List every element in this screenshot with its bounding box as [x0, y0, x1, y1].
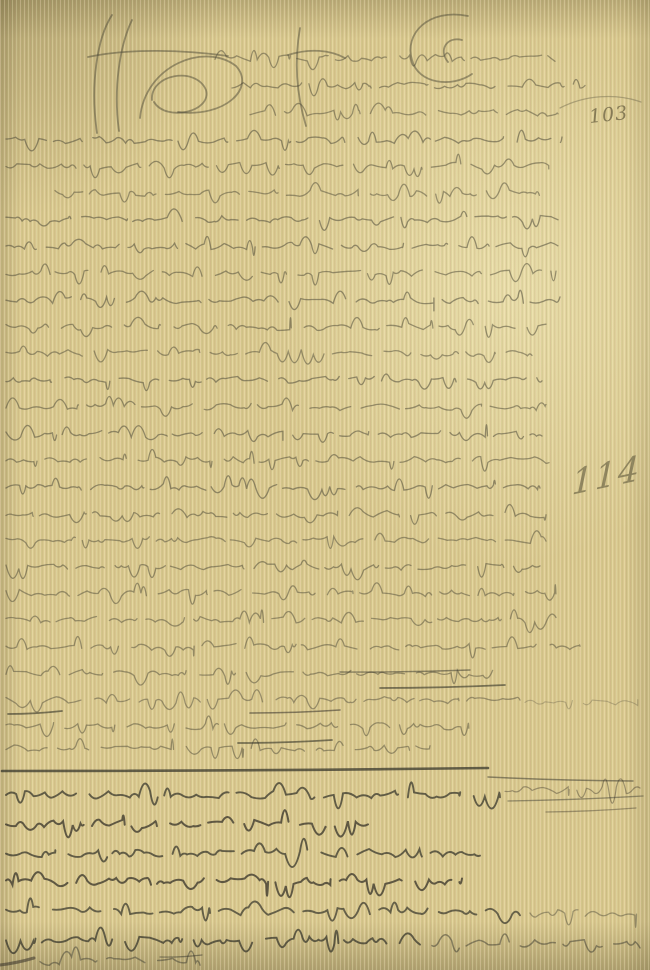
handwriting-layer: [0, 0, 650, 970]
manuscript-page: 103 114: [0, 0, 650, 970]
folio-number-mark: 103: [588, 102, 629, 128]
